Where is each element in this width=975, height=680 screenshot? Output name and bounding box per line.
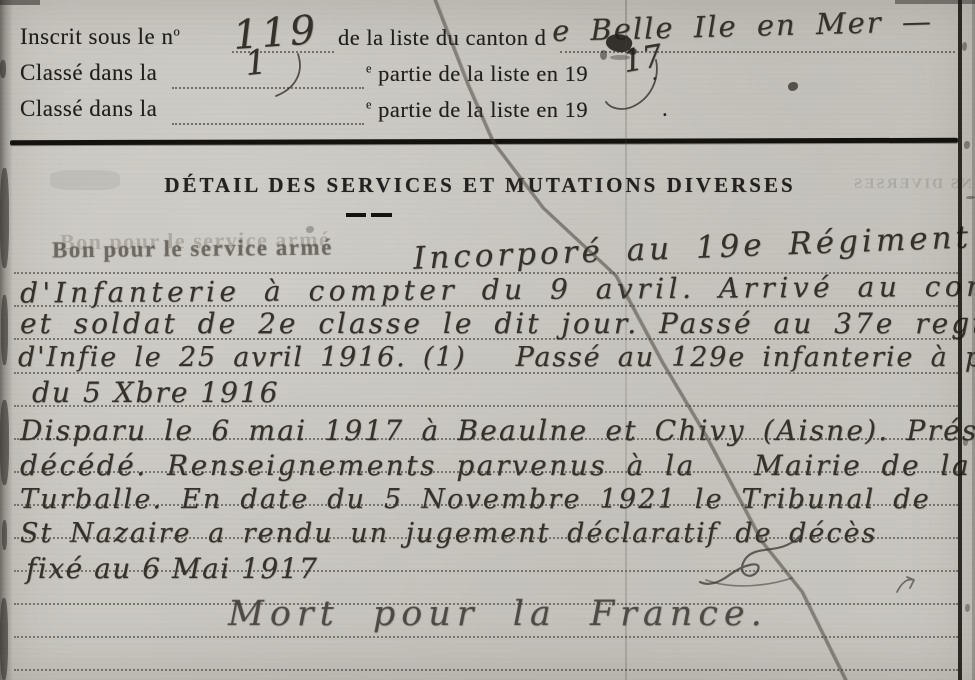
ink-blot: [600, 50, 607, 60]
service-entry-line: fixé au 6 Mai 1917: [26, 555, 318, 583]
service-entry-line: St Nazaire a rendu un jugement déclarati…: [20, 520, 877, 547]
vertical-crease: [625, 0, 627, 680]
bleedthrough-text: NS DIVERSES: [852, 176, 972, 193]
ink-speck: [962, 42, 967, 51]
binding-mark: [1, 295, 8, 365]
service-entry-line: Turballe. En date du 5 Novembre 1921 le …: [20, 486, 931, 513]
service-arme-stamp: Bon pour le service armé: [52, 235, 333, 264]
ordinal-sup: o: [174, 24, 181, 38]
paper-smudge: [50, 170, 120, 190]
classe2-label2: e partie de la liste en 19: [366, 97, 588, 123]
ink-blot: [610, 55, 630, 60]
right-border-line: [958, 0, 962, 680]
inscrit-label: Inscrit sous le no: [20, 24, 180, 50]
top-edge-smudge: [0, 0, 40, 5]
classe1-label: Classé dans la: [20, 60, 157, 86]
section-title: DÉTAIL DES SERVICES ET MUTATIONS DIVERSE…: [150, 173, 810, 198]
ink-speck: [788, 82, 798, 91]
service-entry-line: d'Infanterie à compter du 9 avril. Arriv…: [20, 272, 975, 307]
canton-label: de la liste du canton d: [338, 25, 546, 51]
binding-mark: [2, 520, 7, 550]
register-page-scan: Inscrit sous le no 119 de la liste du ca…: [0, 0, 975, 680]
classe1-label2: e partie de la liste en 19: [366, 61, 588, 87]
binding-mark: [0, 400, 9, 485]
stray-pen-mark: [894, 574, 920, 596]
ruled-line: [14, 669, 958, 671]
service-entry-line: d'Infie le 25 avril 1916. (1) Passé au 1…: [18, 344, 975, 371]
classe2-period: .: [662, 96, 668, 122]
service-entry-line: décédé. Renseignements parvenus à la Mai…: [20, 452, 971, 480]
classe2-field-underline: [172, 123, 364, 125]
service-entry-line: Disparu le 6 mai 1917 à Beaulne et Chivy…: [20, 417, 975, 445]
binding-mark: [0, 168, 9, 268]
number-pen-tail: [268, 52, 308, 100]
classe1-field-underline: [172, 87, 364, 89]
service-entry-line: et soldat de 2e classe le dit jour. Pass…: [20, 310, 975, 338]
ink-blot: [628, 48, 637, 55]
service-entry-line: Incorporé au 19e Régiment: [413, 222, 973, 274]
ink-speck: [965, 604, 970, 612]
service-entry-line: du 5 Xbre 1916: [32, 379, 280, 407]
classe1-period: .: [652, 60, 658, 86]
binding-mark: [0, 598, 8, 680]
ruled-line: [14, 636, 958, 638]
classe2-label: Classé dans la: [20, 96, 157, 122]
memorial-inscription: Mort pour la France.: [228, 597, 768, 632]
classe1-partie-value: 1: [243, 45, 268, 81]
title-underline-dash: [346, 213, 392, 217]
binding-mark: [0, 60, 6, 78]
section-divider-rule: [10, 138, 958, 145]
ink-speck: [964, 141, 970, 149]
top-edge-smudge: [895, 0, 975, 4]
